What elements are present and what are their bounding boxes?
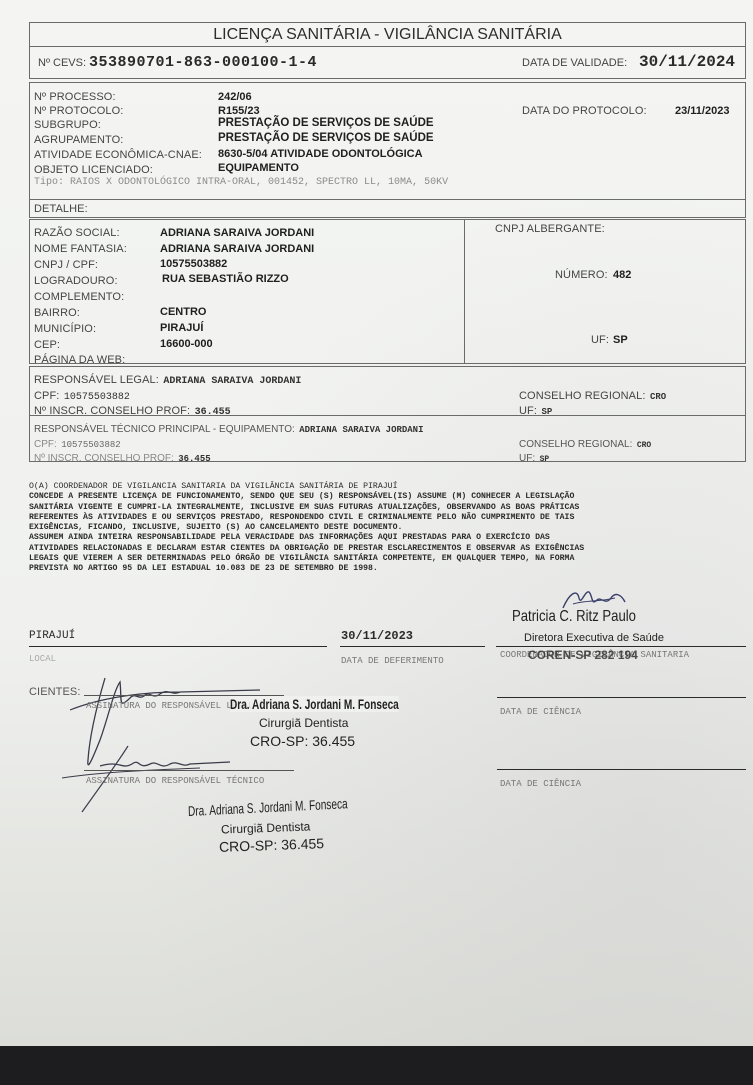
cevs-label: Nº CEVS: [38, 57, 86, 69]
city-value: PIRAJUÍ [160, 322, 203, 334]
tech-inscr-label: Nº INSCR. CONSELHO PROF: [34, 453, 174, 464]
detail-row: DETALHE: [29, 200, 746, 218]
legal-responsible-label: RESPONSÁVEL LEGAL: [34, 374, 159, 386]
deferment-date-caption: DATA DE DEFERIMENTO [341, 656, 444, 666]
technical-stamp-role: Cirurgiã Dentista [221, 819, 311, 836]
corporate-name: ADRIANA SARAIVA JORDANI [160, 227, 314, 239]
ack-date-caption-1: DATA DE CIÊNCIA [500, 707, 581, 717]
number-value: 482 [613, 269, 631, 281]
number-label: NÚMERO: [555, 269, 608, 281]
equipment-type: Tipo: RAIOS X ODONTOLÓGICO INTRA-ORAL, 0… [34, 177, 448, 188]
validity-date: 30/11/2024 [639, 53, 735, 71]
ack-date-line-1 [497, 697, 746, 698]
document-title: LICENÇA SANITÁRIA - VIGILÂNCIA SANITÁRIA [29, 22, 746, 47]
legal-council-value: CRO [650, 392, 666, 402]
ack-date-caption-2: DATA DE CIÊNCIA [500, 779, 581, 789]
legal-responsible-section: RESPONSÁVEL LEGAL: ADRIANA SARAIVA JORDA… [29, 366, 746, 416]
tech-council-value: CRO [637, 441, 651, 450]
protocol-date-label: DATA DO PROTOCOLO: [522, 101, 647, 119]
technical-stamp-cro: CRO-SP: 36.455 [219, 835, 325, 855]
document-page: LICENÇA SANITÁRIA - VIGILÂNCIA SANITÁRIA… [0, 0, 753, 1046]
city-label: MUNICÍPIO: [34, 323, 96, 335]
process-section: Nº PROCESSO: 242/06 Nº PROTOCOLO: R155/2… [29, 82, 746, 200]
coordinator-stamp-name: Patricia C. Ritz Paulo [512, 608, 636, 626]
street-value: RUA SEBASTIÃO RIZZO [162, 273, 289, 285]
date-line [340, 646, 485, 647]
detail-label: DETALHE: [34, 203, 88, 215]
legal-signature-caption: ASSINATURA DO RESPONSÁVEL LEGAL [86, 701, 253, 711]
technical-signature-caption: ASSINATURA DO RESPONSÁVEL TÉCNICO [86, 776, 264, 786]
district-label: BAIRRO: [34, 307, 80, 319]
uf-label: UF: [591, 334, 609, 346]
legal-stamp-cro: CRO-SP: 36.455 [250, 733, 355, 749]
coordinator-stamp-role: Diretora Executiva de Saúde [524, 632, 664, 644]
legal-stamp-role: Cirurgiã Dentista [259, 716, 348, 730]
trade-name-label: NOME FANTASIA: [34, 243, 127, 255]
technical-responsible-section: RESPONSÁVEL TÉCNICO PRINCIPAL - EQUIPAME… [29, 415, 746, 462]
validity-label: DATA DE VALIDADE: [522, 57, 627, 69]
technical-responsible-name: ADRIANA SARAIVA JORDANI [299, 425, 423, 435]
technical-signature-line [84, 770, 294, 771]
website-label: PÁGINA DA WEB: [34, 354, 125, 366]
tech-uf-label: UF: [519, 453, 535, 464]
establishment-right-section: CNPJ ALBERGANTE: NÚMERO: 482 UF: SP [465, 219, 746, 364]
complement-label: COMPLEMENTO: [34, 291, 124, 303]
establishment-section: RAZÃO SOCIAL: ADRIANA SARAIVA JORDANI NO… [29, 219, 465, 364]
cnpj-albergante-label: CNPJ ALBERGANTE: [495, 223, 605, 235]
coordinator-line [496, 646, 746, 647]
object-value: EQUIPAMENTO [218, 162, 299, 174]
deferment-date: 30/11/2023 [341, 629, 413, 643]
bottom-bar [0, 1046, 753, 1085]
tech-inscr-value: 36.455 [178, 454, 210, 464]
local-caption: LOCAL [29, 654, 56, 664]
uf-value: SP [613, 334, 628, 346]
legal-responsible-name: ADRIANA SARAIVA JORDANI [163, 376, 301, 387]
grouping-value: PRESTAÇÃO DE SERVIÇOS DE SAÚDE [218, 132, 434, 144]
corporate-name-label: RAZÃO SOCIAL: [34, 227, 120, 239]
ack-date-line-2 [497, 769, 746, 770]
object-row: OBJETO LICENCIADO: [34, 160, 153, 178]
street-label: LOGRADOURO: [34, 275, 118, 287]
local-value: PIRAJUÍ [29, 630, 75, 642]
protocol-date: 23/11/2023 [675, 105, 729, 117]
cevs-number: 353890701-863-000100-1-4 [89, 54, 317, 71]
legal-stamp-name: Dra. Adriana S. Jordani M. Fonseca [230, 696, 399, 712]
district-value: CENTRO [160, 306, 206, 318]
cpf-label: CNPJ / CPF: [34, 259, 98, 271]
tech-uf-value: SP [540, 455, 550, 464]
zip-value: 16600-000 [160, 338, 213, 350]
legal-text: O(A) COORDENADOR DE VIGILANCIA SANITARIA… [29, 482, 749, 575]
coren-stamp: COREN-SP 282 194 [528, 648, 638, 662]
local-line [29, 646, 327, 647]
cevs-row: Nº CEVS: 353890701-863-000100-1-4 DATA D… [29, 46, 746, 79]
